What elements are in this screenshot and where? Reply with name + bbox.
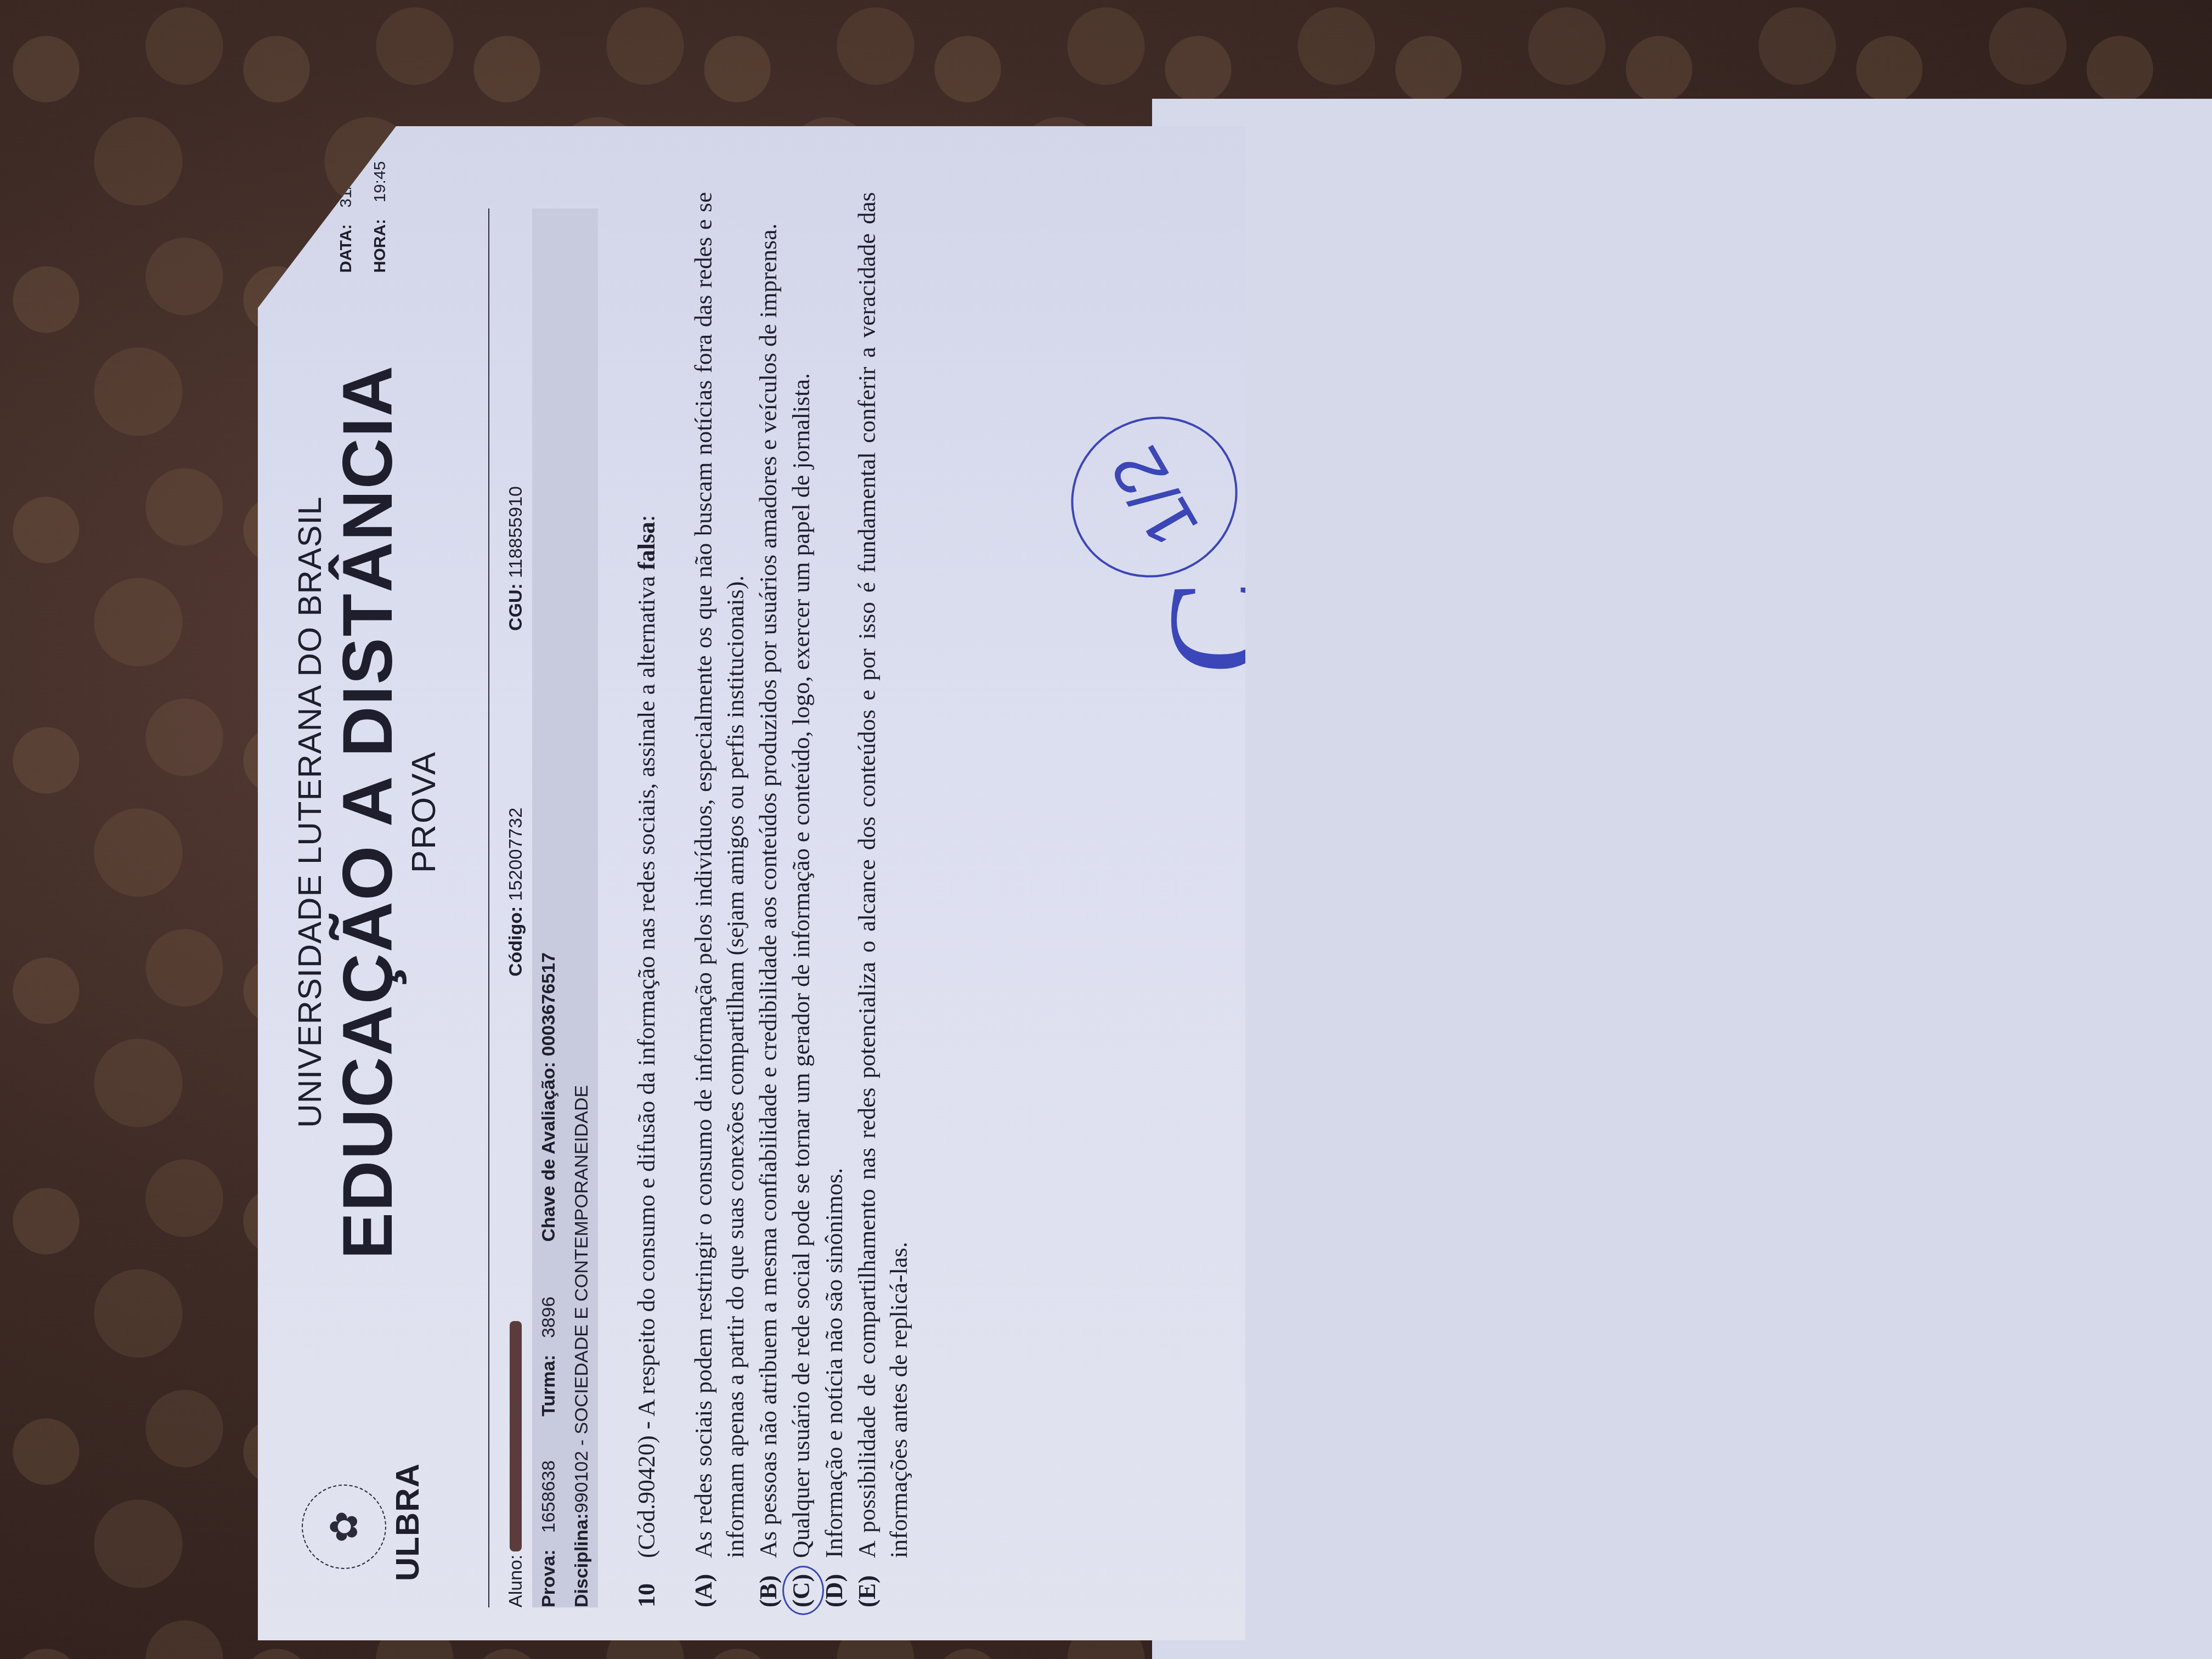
redacted-student-name bbox=[510, 1321, 522, 1551]
option-text: Qualquer usuário de rede social pode se … bbox=[786, 192, 817, 1558]
logo-block: ✿ ULBRA bbox=[302, 1459, 426, 1585]
page-header: ✿ ULBRA UNIVERSIDADE LUTERANA DO BRASIL … bbox=[280, 236, 483, 1607]
time-label: HORA: bbox=[371, 219, 389, 273]
question-stem-text: (Cód.90420) - A respeito do consumo e di… bbox=[633, 576, 660, 1558]
cgu-label: CGU: bbox=[505, 583, 526, 631]
cgu-field: CGU: 118855910 bbox=[505, 486, 527, 631]
aluno-row: Aluno: Código: 152007732 CGU: 118855910 bbox=[499, 208, 532, 1607]
cgu-value: 118855910 bbox=[505, 486, 526, 578]
disciplina-row: Disciplina: 990102 - SOCIEDADE E CONTEMP… bbox=[565, 208, 598, 1607]
disciplina-label: Disciplina: bbox=[571, 1513, 592, 1607]
page-subtitle: PROVA bbox=[404, 258, 443, 1366]
question-number: 10 bbox=[631, 1558, 663, 1607]
option-b[interactable]: (B) As pessoas não atribuem a mesma conf… bbox=[753, 192, 785, 1607]
date-label: DATA: bbox=[337, 224, 355, 273]
prova-label: Prova: bbox=[538, 1549, 560, 1607]
prova-row: Prova: 1658638 Turma: 3896 Chave de Aval… bbox=[532, 208, 565, 1607]
option-a[interactable]: (A) As redes sociais podem restringir o … bbox=[688, 192, 752, 1607]
codigo-label: Código: bbox=[505, 906, 526, 977]
time-value: 19:45 bbox=[371, 161, 389, 202]
option-letter: (E) bbox=[851, 1558, 915, 1607]
date-value: 31/0… bbox=[337, 159, 355, 207]
codigo-value: 152007732 bbox=[505, 808, 526, 901]
prova-value: 1658638 bbox=[538, 1460, 560, 1533]
option-d[interactable]: (D) Informação e notícia não são sinônim… bbox=[819, 192, 850, 1607]
option-text: A possibilidade de compartilhamento nas … bbox=[851, 192, 915, 1558]
question-10: 10 (Cód.90420) - A respeito do consumo e… bbox=[631, 192, 916, 1607]
question-stem-end: : bbox=[633, 515, 660, 522]
date-time-block: DATA:31/0… HORA:19:45 bbox=[329, 159, 397, 273]
selection-circle-mark bbox=[782, 1566, 824, 1615]
option-text: As redes sociais podem restringir o cons… bbox=[688, 192, 752, 1558]
option-e[interactable]: (E) A possibilidade de compartilhamento … bbox=[851, 192, 915, 1607]
aluno-label: Aluno: bbox=[505, 1555, 527, 1607]
option-letter: (D) bbox=[819, 1558, 850, 1607]
student-info: Aluno: Código: 152007732 CGU: 118855910 … bbox=[499, 208, 598, 1607]
option-letter: (B) bbox=[753, 1558, 785, 1607]
title-block: UNIVERSIDADE LUTERANA DO BRASIL EDUCAÇÃO… bbox=[291, 258, 443, 1366]
chave-value: 0003676517 bbox=[538, 952, 560, 1056]
codigo-field: Código: 152007732 bbox=[505, 808, 527, 977]
question-stem: 10 (Cód.90420) - A respeito do consumo e… bbox=[631, 192, 663, 1607]
option-letter: (A) bbox=[688, 1558, 752, 1607]
university-name: UNIVERSIDADE LUTERANA DO BRASIL bbox=[291, 258, 329, 1366]
handwritten-grade: 1/2 bbox=[1042, 386, 1267, 607]
option-c[interactable]: (C) Qualquer usuário de rede social pode… bbox=[786, 192, 817, 1607]
disciplina-value: 990102 - SOCIEDADE E CONTEMPORANEIDADE bbox=[571, 1085, 592, 1513]
back-sheet bbox=[1152, 99, 2212, 1659]
chave-label: Chave de Avaliação: bbox=[538, 1062, 560, 1242]
exam-page-rotated: ✿ ULBRA UNIVERSIDADE LUTERANA DO BRASIL … bbox=[258, 126, 1245, 1640]
option-letter-selected: (C) bbox=[786, 1558, 817, 1607]
page-title: EDUCAÇÃO A DISTÂNCIA bbox=[333, 258, 403, 1366]
luther-rose-seal-icon: ✿ bbox=[302, 1485, 386, 1569]
exam-page: ✿ ULBRA UNIVERSIDADE LUTERANA DO BRASIL … bbox=[258, 126, 1245, 1640]
turma-value: 3896 bbox=[538, 1296, 560, 1338]
option-text: Informação e notícia não são sinônimos. bbox=[819, 192, 850, 1558]
turma-label: Turma: bbox=[538, 1355, 560, 1417]
ulbra-logo: ULBRA bbox=[388, 1459, 426, 1581]
option-text: As pessoas não atribuem a mesma confiabi… bbox=[753, 192, 785, 1558]
answer-options: (A) As redes sociais podem restringir o … bbox=[688, 192, 915, 1607]
header-divider bbox=[488, 208, 489, 1607]
question-stem-emphasis: falsa bbox=[633, 522, 660, 570]
